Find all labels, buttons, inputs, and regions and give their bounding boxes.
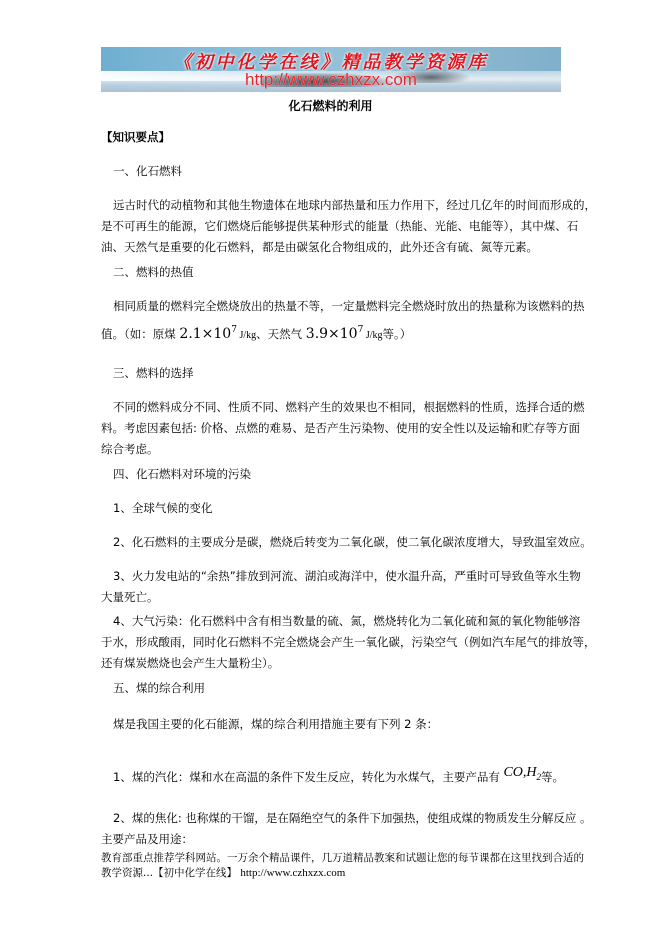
footer-line-1: 教育部重点推荐学科网站。一万余个精品课件，几万道精品教案和试题让您的每节课都在这… [101,851,571,866]
paragraph-line: 于水，形成酸雨，同时化石燃料不完全燃烧会产生一氧化碳，污染空气（例如汽车尾气的排… [101,632,569,653]
paragraph-line: 远古时代的动植物和其他生物遗体在地球内部热量和压力作用下，经过几亿年的时间而形成… [101,195,569,216]
pollution-item-3: 3、火力发电站的“余热”排放到河流、湖泊或海洋中，使水温升高，严重时可导致鱼等水… [101,566,569,608]
section-heading-heat-value: 二、燃料的热值 [101,262,581,283]
gas-mantissa: 3.9×10 [306,326,358,342]
heat-value-formula-line: 值。（如：原煤 2.1×107 J/kg、天然气 3.9×107 J/kg等。） [101,320,569,346]
section-heading-fossil-fuels: 一、化石燃料 [101,161,581,182]
coal-coking-item: 2、煤的焦化: 也称煤的干馏，是在隔绝空气的条件下加强热，使组成煤的物质发生分解… [101,808,569,850]
paragraph-line: 还有煤炭燃烧也会产生大量粉尘）。 [101,653,569,674]
footer-site-name: 教学资源...【初中化学在线】 [101,867,237,879]
paragraph-line: 2、煤的焦化: 也称煤的干馏，是在隔绝空气的条件下加强热，使组成煤的物质发生分解… [101,808,569,829]
paragraph-line: 大量死亡。 [101,587,569,608]
site-banner: 《初中化学在线》精品教学资源库 http://www.czhxzx.com [101,47,561,92]
section-heading-coal-use: 五、煤的综合利用 [101,678,581,699]
paragraph-fuel-selection: 不同的燃料成分不同、性质不同、燃料产生的效果也不相同，根据燃料的性质，选择合适的… [101,397,569,460]
gas-unit: J/kg [363,330,382,341]
paragraph-line: 是不可再生的能源，它们燃烧后能够提供某种形式的能量（热能、光能、电能等），其中煤… [101,216,569,237]
formula-prefix: 值。（如：原煤 [101,327,179,341]
coal-mantissa: 2.1×10 [179,326,231,342]
section-heading-fuel-selection: 三、燃料的选择 [101,363,581,384]
section-header: 【知识要点】 [101,127,569,148]
pollution-item-1: 1、全球气候的变化 [101,498,581,519]
paragraph-line: 综合考虑。 [101,439,569,460]
gasification-suffix: 等。 [541,770,564,784]
paragraph-line: 主要产品及用途： [101,829,569,850]
section-heading-pollution: 四、化石燃料对环境的污染 [101,464,581,485]
paragraph-line: 料。考虑因素包括: 价格、点燃的难易、是否产生污染物、使用的安全性以及运输和贮存… [101,418,569,439]
pollution-item-2: 2、化石燃料的主要成分是碳，燃烧后转变为二氧化碳，使二氧化碳浓度增大，导致温室效… [101,532,581,553]
paragraph-line: 3、火力发电站的“余热”排放到河流、湖泊或海洋中，使水温升高，严重时可导致鱼等水… [101,566,569,587]
coal-gasification-item: 1、煤的汽化：煤和水在高温的条件下发生反应，转化为水煤气，主要产品有 CO,H2… [101,762,581,788]
banner-url[interactable]: http://www.czhxzx.com [101,70,561,90]
formula-suffix: 等。） [383,327,412,341]
gasification-text: 1、煤的汽化：煤和水在高温的条件下发生反应，转化为水煤气，主要产品有 [113,770,503,784]
paragraph-line: 相同质量的燃料完全燃烧放出的热量不等，一定量燃料完全燃烧时放出的热量称为该燃料的… [101,296,569,317]
chem-main: CO,H [503,765,536,780]
footer-url-link[interactable]: http://www.czhxzx.com [240,867,345,879]
document-title: 化石燃料的利用 [0,97,661,114]
coal-use-intro: 煤是我国主要的化石能源，煤的综合利用措施主要有下列 2 条： [101,714,581,735]
paragraph-fossil-fuels: 远古时代的动植物和其他生物遗体在地球内部热量和压力作用下，经过几亿年的时间而形成… [101,195,569,258]
coal-unit: J/kg [237,330,256,341]
chem-formula-co-h2: CO,H2 [503,765,541,780]
page-footer: 教育部重点推荐学科网站。一万余个精品课件，几万道精品教案和试题让您的每节课都在这… [101,851,571,881]
formula-middle: 、天然气 [256,327,306,341]
footer-line-2: 教学资源...【初中化学在线】 http://www.czhxzx.com [101,866,571,881]
pollution-item-4: 4、大气污染：化石燃料中含有相当数量的硫、氮，燃烧转化为二氧化硫和氮的氧化物能够… [101,611,569,674]
paragraph-line: 不同的燃料成分不同、性质不同、燃料产生的效果也不相同，根据燃料的性质，选择合适的… [101,397,569,418]
coal-heat-value: 2.1×107 [179,326,237,342]
paragraph-line: 4、大气污染：化石燃料中含有相当数量的硫、氮，燃烧转化为二氧化硫和氮的氧化物能够… [101,611,569,632]
paragraph-line: 油、天然气是重要的化石燃料，都是由碳氢化合物组成的，此外还含有硫、氮等元素。 [101,237,569,258]
gas-heat-value: 3.9×107 [306,326,364,342]
paragraph-heat-value: 相同质量的燃料完全燃烧放出的热量不等，一定量燃料完全燃烧时放出的热量称为该燃料的… [101,296,569,317]
